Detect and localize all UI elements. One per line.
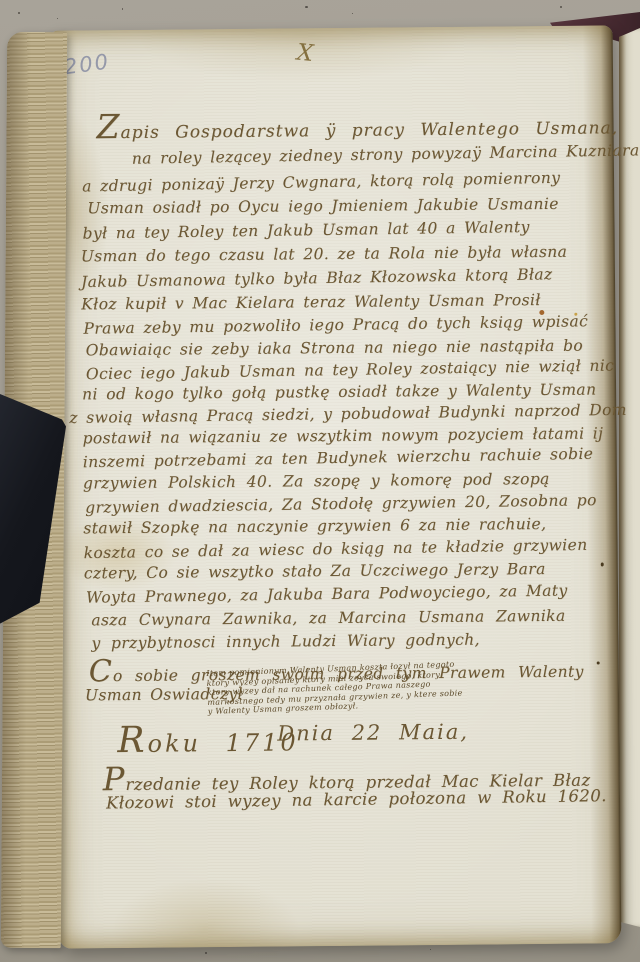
manuscript-line: asza Cwynara Zawnika, za Marcina Usmana …	[91, 606, 565, 631]
section-mark-x: X	[296, 40, 315, 67]
dust-speck	[205, 952, 207, 954]
date-line: Roku 1710 Dnia 22 Maia,	[57, 715, 619, 760]
dust-speck	[57, 18, 58, 19]
dust-speck	[305, 6, 308, 8]
date-roku: Roku 1710	[117, 718, 299, 761]
manuscript-line: y przybytnosci innych Ludzi Wiary godnyc…	[91, 630, 480, 654]
manuscript-line: inszemi potrzebami za ten Budynek wierzc…	[83, 444, 594, 472]
manuscript-line: Prawa zeby mu pozwoliło iego Pracą do ty…	[83, 311, 588, 338]
manuscript-line: stawił Szopkę na naczynie grzywien 6 za …	[83, 514, 546, 538]
manuscript-line: był na tey Roley ten Jakub Usman lat 40 …	[82, 217, 529, 244]
ink-spot	[601, 562, 604, 566]
manuscript-line: Kłoz kupił v Mac Kielara teraz Walenty U…	[81, 290, 541, 314]
dust-speck	[122, 8, 123, 10]
manuscript-line: Usman osiadł po Oycu iego Jmieniem Jakub…	[87, 194, 559, 219]
facing-page-edge	[619, 28, 640, 927]
manuscript-line: na roley lezącey ziedney strony powyzaÿ …	[132, 140, 640, 168]
dust-speck	[352, 13, 353, 14]
manuscript-line: Zapis Gospodarstwa ÿ pracy Walentego Usm…	[96, 110, 618, 143]
dust-speck	[430, 949, 431, 950]
ink-spot	[574, 313, 577, 316]
manuscript-line: Woyta Prawnego, za Jakuba Bara Podwoycie…	[86, 581, 568, 608]
ink-spot	[539, 310, 544, 315]
manuscript-page: 200 X Zapis Gospodarstwa ÿ pracy Walente…	[51, 25, 622, 948]
manuscript-line: cztery, Co sie wszytko stało Za Uczciweg…	[84, 559, 546, 583]
dust-speck	[18, 12, 20, 14]
dust-speck	[560, 6, 562, 8]
manuscript-line: a zdrugi ponizaÿ Jerzy Cwgnara, ktorą ro…	[82, 168, 561, 197]
manuscript-photo: 200 X Zapis Gospodarstwa ÿ pracy Walente…	[0, 0, 640, 962]
manuscript-line: grzywien Polskich 40. Za szopę y komorę …	[83, 469, 550, 493]
manuscript-line: Jakub Usmanowa tylko była Błaz Kłozowska…	[81, 264, 553, 292]
date-dnia: Dnia 22 Maia,	[277, 720, 469, 746]
manuscript-line: Usman do tego czasu lat 20. ze ta Rola n…	[81, 242, 568, 267]
ink-spot	[597, 661, 600, 664]
folio-number-pencil: 200	[63, 49, 112, 79]
